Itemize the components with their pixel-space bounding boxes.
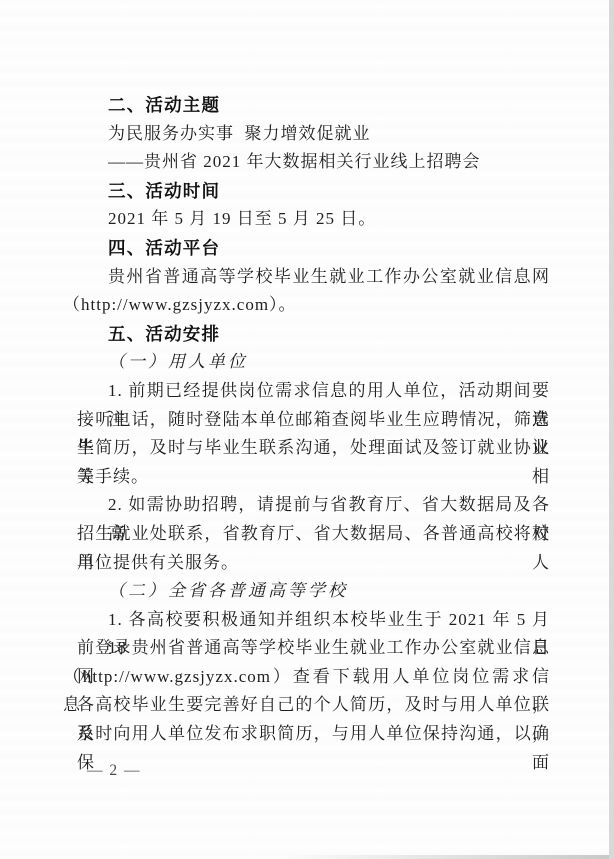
universities-para1-line4: 各高校毕业生要完善好自己的个人简历，及时与用人单位联系， [77,691,550,720]
document-body: 二、活动主题 为民服务办实事 聚力增效促就业 ——贵州省 2021 年大数据相关… [77,91,550,749]
employers-para2-line1: 2. 如需协助招聘，请提前与省教育厅、省大数据局及各高校 [77,491,550,520]
scan-edge-right-strip [609,0,614,859]
heading-activity-platform: 四、活动平台 [77,234,550,263]
heading-activity-arrangement: 五、活动安排 [77,320,550,349]
employers-para1-line3: 生简历，及时与毕业生联系沟通，处理面试及签订就业协议等相 [77,434,550,463]
employers-para1-line1: 1. 前期已经提供岗位需求信息的用人单位，活动期间要注意 [77,377,550,406]
platform-name-line: 贵州省普通高等学校毕业生就业工作办公室就业信息网 [77,263,550,292]
universities-para1-line2: 前登录贵州省普通高等学校毕业生就业工作办公室就业信息网 [77,634,550,663]
scanned-document-page: 二、活动主题 为民服务办实事 聚力增效促就业 ——贵州省 2021 年大数据相关… [0,0,614,859]
activity-time-line: 2021 年 5 月 19 日至 5 月 25 日。 [77,205,550,234]
universities-para1-line5: 及时向用人单位发布求职简历，与用人单位保持沟通，以确保面 [77,720,550,749]
scan-edge-bottom-strip [276,855,609,859]
heading-activity-time: 三、活动时间 [77,177,550,206]
universities-para1-line3: （http://www.gzsjyzx.com）查看下载用人单位岗位需求信息， [63,663,550,692]
theme-slogan-line: 为民服务办实事 聚力增效促就业 [77,120,550,149]
subheading-employers: （一）用人单位 [77,348,550,377]
page-number: — 2 — [87,762,141,780]
platform-url-line: （http://www.gzsjyzx.com）。 [63,291,550,320]
subheading-universities: （二）全省各普通高等学校 [77,577,550,606]
employers-para1-line2: 接听电话，随时登陆本单位邮箱查阅毕业生应聘情况，筛选毕业 [77,406,550,435]
theme-subtitle-line: ——贵州省 2021 年大数据相关行业线上招聘会 [77,148,550,177]
employers-para2-line2: 招生就业处联系，省教育厅、省大数据局、各普通高校将对用人 [77,520,550,549]
universities-para1-line1: 1. 各高校要积极通知并组织本校毕业生于 2021 年 5 月 18 日 [77,606,550,635]
heading-activity-theme: 二、活动主题 [77,91,550,120]
